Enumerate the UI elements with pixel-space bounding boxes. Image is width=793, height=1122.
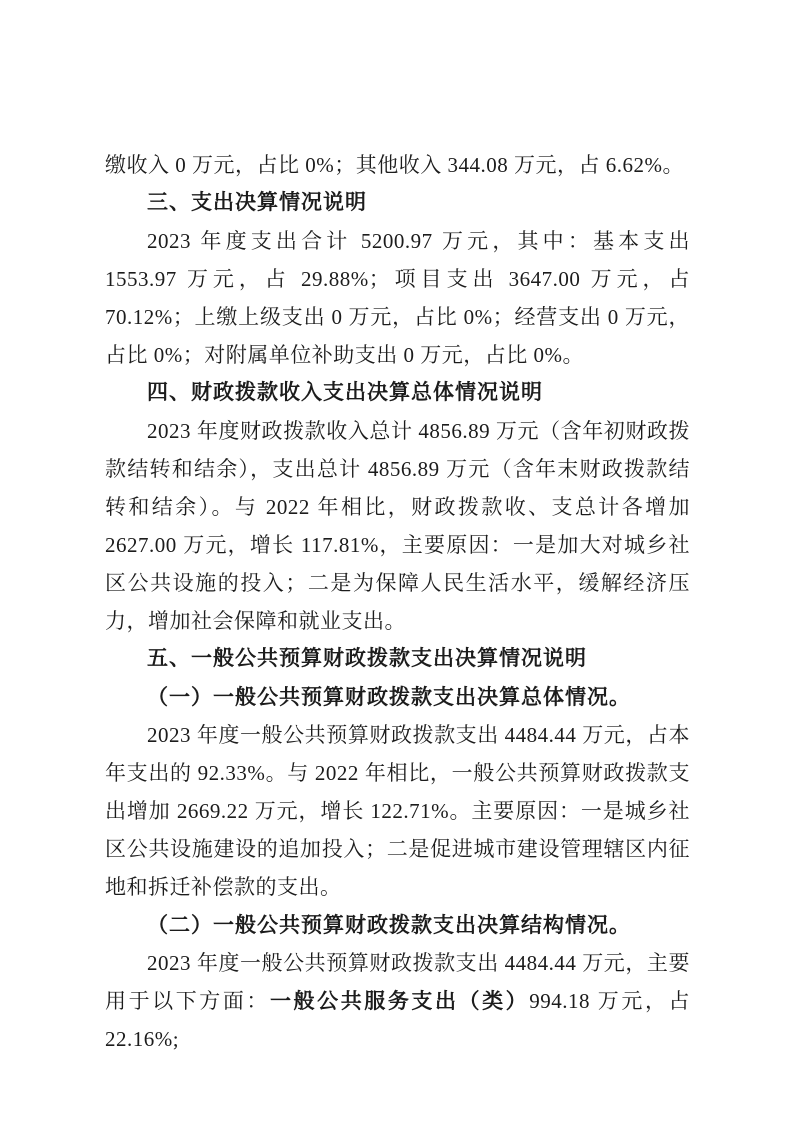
section-heading-4-fiscal-appropriation: 四、财政拨款收入支出决算总体情况说明 xyxy=(105,374,690,412)
page-text-content: 缴收入 0 万元，占比 0%；其他收入 344.08 万元，占 6.62%。 三… xyxy=(105,146,690,1058)
section-heading-5-general-public-budget: 五、一般公共预算财政拨款支出决算情况说明 xyxy=(105,640,690,678)
structure-paragraph-run-category-bold: 一般公共服务支出（类） xyxy=(270,989,529,1013)
document-page: 缴收入 0 万元，占比 0%；其他收入 344.08 万元，占 6.62%。 三… xyxy=(0,0,793,1122)
paragraph-fiscal-appropriation-totals: 2023 年度财政拨款收入总计 4856.89 万元（含年初财政拨款结转和结余）… xyxy=(105,412,690,640)
paragraph-expenditure-totals: 2023 年度支出合计 5200.97 万元，其中：基本支出 1553.97 万… xyxy=(105,222,690,374)
paragraph-general-budget-structure: 2023 年度一般公共预算财政拨款支出 4484.44 万元，主要用于以下方面：… xyxy=(105,944,690,1058)
subheading-5-1-overall-situation: （一）一般公共预算财政拨款支出决算总体情况。 xyxy=(105,678,690,716)
paragraph-continuation-income: 缴收入 0 万元，占比 0%；其他收入 344.08 万元，占 6.62%。 xyxy=(105,146,690,184)
section-heading-3-expenditure: 三、支出决算情况说明 xyxy=(105,184,690,222)
subheading-5-2-structure-situation: （二）一般公共预算财政拨款支出决算结构情况。 xyxy=(105,906,690,944)
paragraph-general-budget-overall: 2023 年度一般公共预算财政拨款支出 4484.44 万元，占本年支出的 92… xyxy=(105,716,690,906)
